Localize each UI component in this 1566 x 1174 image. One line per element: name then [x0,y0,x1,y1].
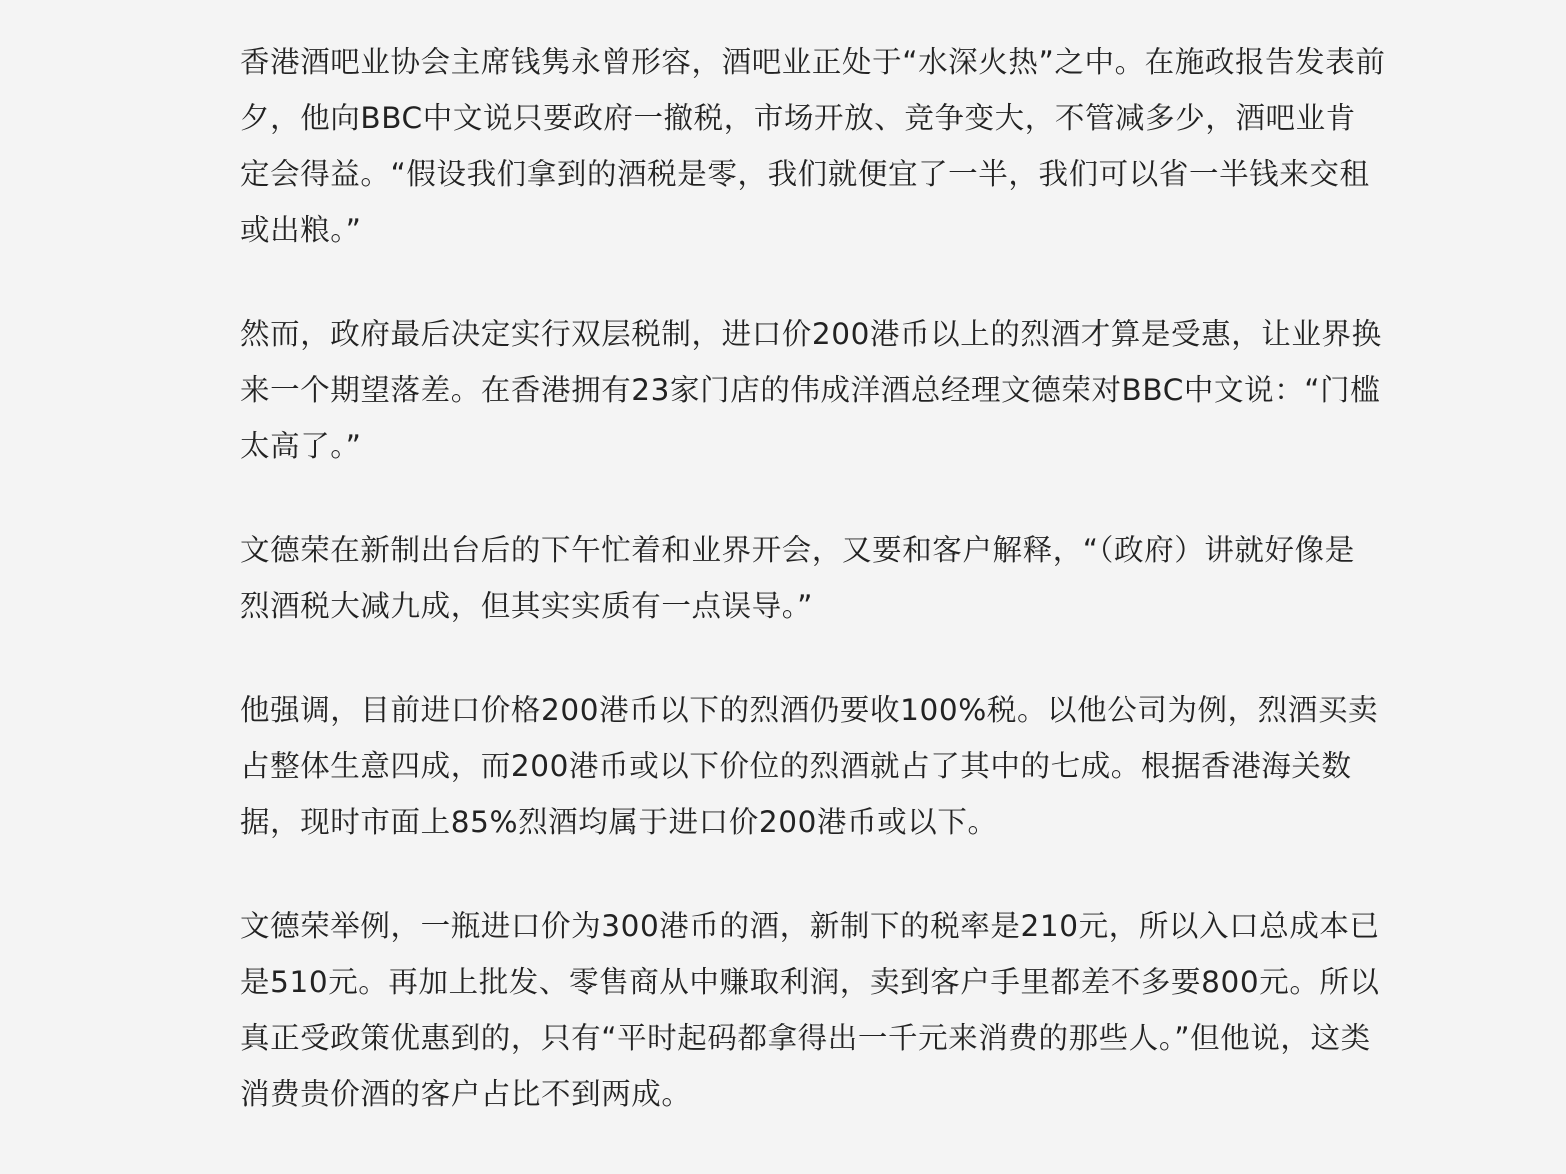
text-line: 文德荣在新制出台后的下午忙着和业界开会，又要和客户解释，“（政府）讲就好像是 [240,522,1470,578]
article-body: 香港酒吧业协会主席钱隽永曾形容，酒吧业正处于“水深火热”之中。在施政报告发表前 … [240,34,1470,1170]
text-line: 据，现时市面上85%烈酒均属于进口价200港币或以下。 [240,794,1470,850]
text-line: 太高了。” [240,418,1470,474]
text-line: 或出粮。” [240,202,1470,258]
paragraph-price-example: 文德荣举例，一瓶进口价为300港币的酒，新制下的税率是210元，所以入口总成本已… [240,898,1470,1122]
paragraph-sales-share: 他强调，目前进口价格200港币以下的烈酒仍要收100%税。以他公司为例，烈酒买卖… [240,682,1470,850]
text-line: 消费贵价酒的客户占比不到两成。 [240,1066,1470,1122]
text-line: 他强调，目前进口价格200港币以下的烈酒仍要收100%税。以他公司为例，烈酒买卖 [240,682,1470,738]
paragraph-two-tier-tax: 然而，政府最后决定实行双层税制，进口价200港币以上的烈酒才算是受惠，让业界换 … [240,306,1470,474]
paragraph-misleading-claim: 文德荣在新制出台后的下午忙着和业界开会，又要和客户解释，“（政府）讲就好像是 烈… [240,522,1470,634]
text-line: 占整体生意四成，而200港币或以下价位的烈酒就占了其中的七成。根据香港海关数 [240,738,1470,794]
text-line: 香港酒吧业协会主席钱隽永曾形容，酒吧业正处于“水深火热”之中。在施政报告发表前 [240,34,1470,90]
text-line: 来一个期望落差。在香港拥有23家门店的伟成洋酒总经理文德荣对BBC中文说：“门槛 [240,362,1470,418]
text-line: 夕，他向BBC中文说只要政府一撤税，市场开放、竞争变大，不管减多少，酒吧业肯 [240,90,1470,146]
paragraph-bar-association-quote: 香港酒吧业协会主席钱隽永曾形容，酒吧业正处于“水深火热”之中。在施政报告发表前 … [240,34,1470,258]
text-line: 然而，政府最后决定实行双层税制，进口价200港币以上的烈酒才算是受惠，让业界换 [240,306,1470,362]
text-line: 烈酒税大减九成，但其实实质有一点误导。” [240,578,1470,634]
text-line: 定会得益。“假设我们拿到的酒税是零，我们就便宜了一半，我们可以省一半钱来交租 [240,146,1470,202]
text-line: 是510元。再加上批发、零售商从中赚取利润，卖到客户手里都差不多要800元。所以 [240,954,1470,1010]
text-line: 真正受政策优惠到的，只有“平时起码都拿得出一千元来消费的那些人。”但他说，这类 [240,1010,1470,1066]
text-line: 文德荣举例，一瓶进口价为300港币的酒，新制下的税率是210元，所以入口总成本已 [240,898,1470,954]
